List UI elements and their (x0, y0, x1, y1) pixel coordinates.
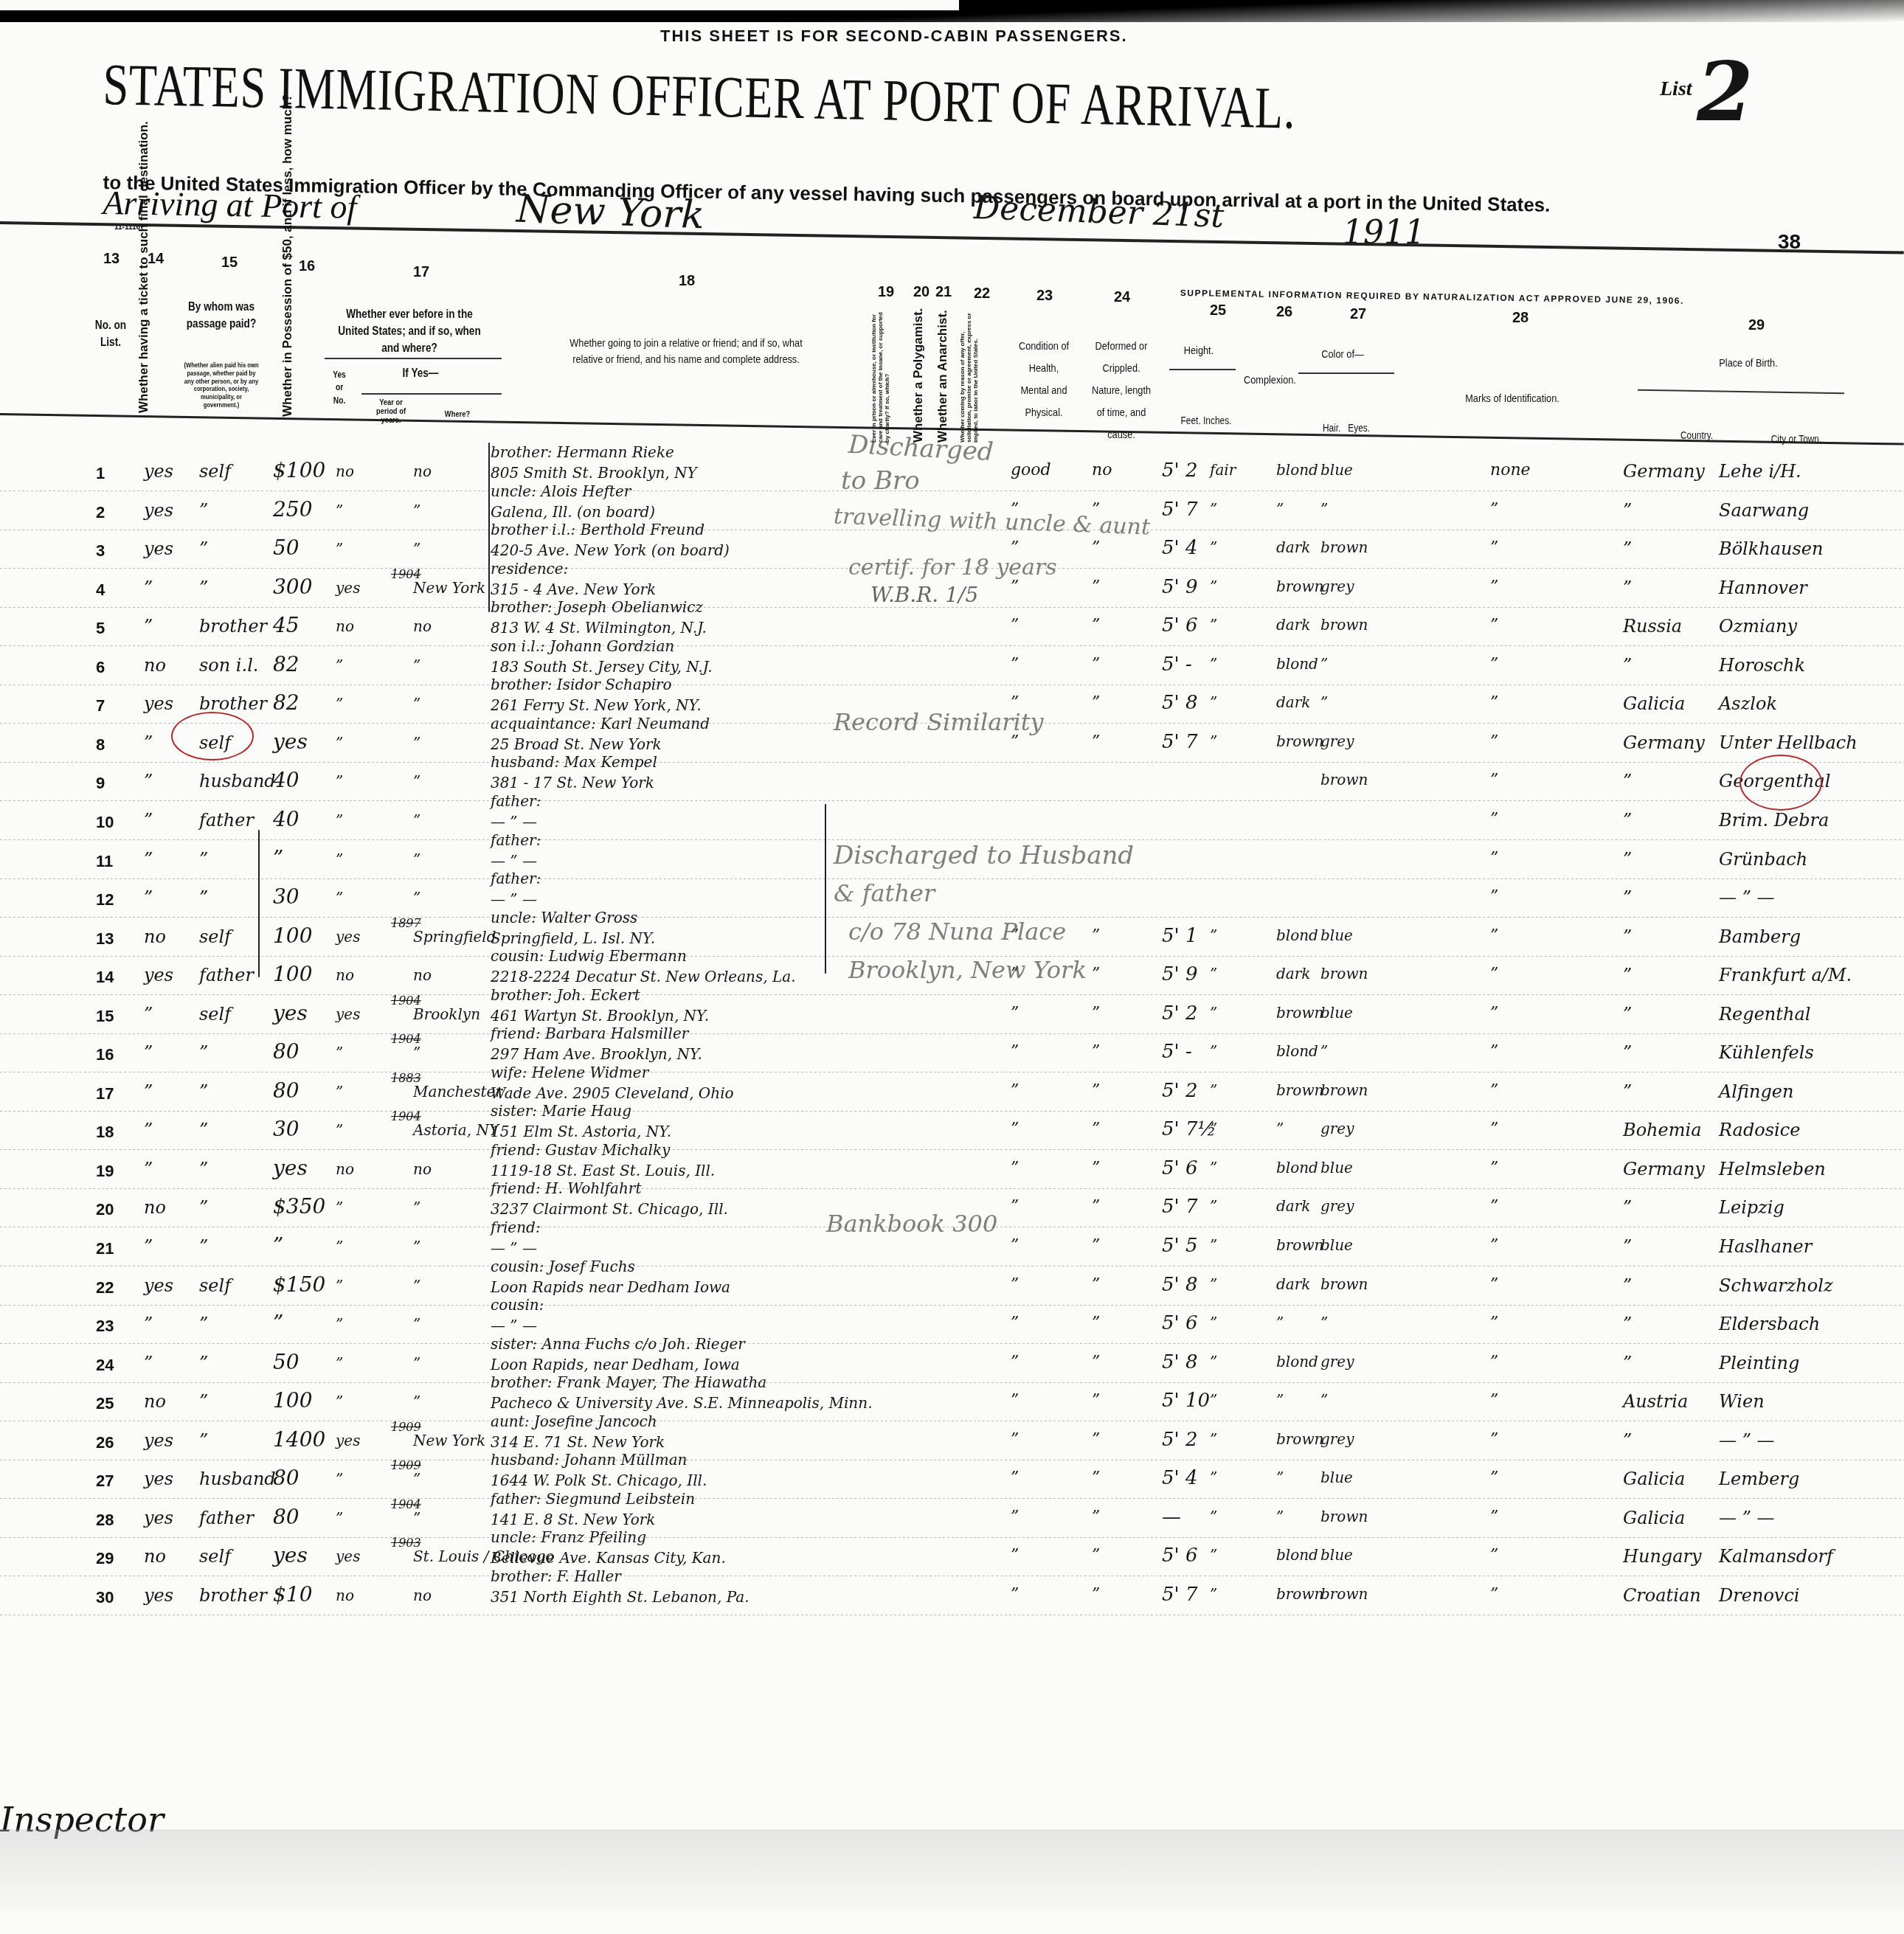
health-value: ” (1011, 1197, 1019, 1216)
complexion-value: ” (1210, 500, 1217, 518)
complexion-value: ” (1210, 1042, 1217, 1060)
hair-label: Hair. (1323, 422, 1340, 434)
col-header-13: No. on List. (92, 317, 130, 351)
ticket-value: ” (144, 1236, 153, 1257)
ticket-value: ” (144, 732, 153, 753)
relative-name: father: Siegmund Leibstein (491, 1490, 695, 1508)
col-num-13: 13 (103, 251, 120, 268)
bracket-rows-1-3 (488, 443, 490, 612)
col-num-26: 26 (1276, 304, 1292, 321)
ticket-value: ” (144, 849, 153, 870)
deformed-value: no (1092, 461, 1112, 479)
money-value: 40 (273, 807, 300, 831)
birth-country-value: ” (1623, 849, 1632, 870)
money-value: 50 (273, 1350, 300, 1374)
marks-value: ” (1490, 965, 1498, 983)
col-header-27: Color of— (1312, 347, 1374, 363)
hair-value: blond (1276, 1159, 1318, 1176)
hair-value: ” (1276, 500, 1284, 518)
bracket-money-9-12 (258, 830, 260, 977)
marks-value: ” (1490, 887, 1498, 906)
health-value: ” (1011, 1391, 1019, 1410)
before-where-value: ” (413, 811, 420, 829)
money-value: yes (273, 1156, 308, 1180)
row-number: 20 (96, 1200, 114, 1219)
ticket-value: no (144, 926, 166, 947)
birth-city-value: — ” — (1719, 887, 1775, 908)
hair-value: blond (1276, 926, 1318, 944)
annotation-father: & father (834, 879, 935, 907)
paid-by-value: ” (199, 1236, 208, 1257)
complexion-value: ” (1210, 538, 1217, 556)
complexion-value: ” (1210, 655, 1217, 673)
row-number: 13 (96, 929, 114, 949)
ticket-value: yes (144, 1430, 173, 1451)
relative-name: brother i.l.: Berthold Freund (491, 521, 705, 538)
birth-city-value: Frankfurt a/M. (1719, 965, 1852, 985)
birth-city-value: Haslhaner (1719, 1236, 1812, 1257)
table-row: 27 yes husband 80 ” 1909 ” husband: Joha… (0, 1461, 1904, 1500)
marks-value: ” (1490, 849, 1498, 867)
relative-address: 261 Ferry St. New York, NY. (491, 696, 702, 714)
hair-value: brown (1276, 1081, 1323, 1099)
before-where-value: ” (413, 850, 420, 868)
eyes-value: grey (1320, 1120, 1354, 1137)
before-in-us-value: ” (336, 1354, 343, 1372)
list-number: 2 (1697, 44, 1754, 139)
height-value: 5' 7 (1162, 499, 1198, 521)
money-value: 1400 (273, 1427, 325, 1452)
col-num-24: 24 (1114, 289, 1130, 306)
before-where-value: New York (413, 579, 485, 597)
paid-by-value: self (199, 1275, 231, 1296)
col-17-divider-2 (361, 393, 502, 395)
col-17-divider (325, 358, 502, 359)
complexion-value: ” (1210, 1469, 1217, 1486)
col-header-17-where: Where? (439, 409, 477, 421)
deformed-value: ” (1092, 1430, 1100, 1449)
relative-name: cousin: Josef Fuchs (491, 1258, 635, 1275)
money-value: 82 (273, 690, 300, 715)
birth-country-value: Russia (1623, 616, 1682, 637)
health-value: ” (1011, 1159, 1019, 1177)
table-row: 25 no ” 100 ” ” brother: Frank Mayer, Th… (0, 1384, 1904, 1422)
ticket-value: ” (144, 616, 153, 637)
money-value: 30 (273, 884, 300, 909)
relative-address: Galena, Ill. (on board) (491, 503, 655, 521)
before-where-value: Astoria, NY (413, 1121, 499, 1139)
paid-by-value: ” (199, 887, 208, 908)
marks-value: ” (1490, 1508, 1498, 1526)
height-value: 5' - (1162, 1041, 1192, 1063)
col-25-divider (1169, 369, 1236, 370)
ticket-value: yes (144, 1585, 173, 1606)
paid-by-value: self (199, 1546, 231, 1567)
paid-by-value: ” (199, 1042, 208, 1063)
paid-by-value: father (199, 1508, 254, 1528)
paid-by-value: self (199, 1004, 231, 1025)
paid-by-value: ” (199, 1353, 208, 1373)
relative-address: — ” — (491, 813, 537, 831)
row-number: 15 (96, 1007, 114, 1026)
row-number: 18 (96, 1123, 114, 1142)
row-number: 7 (96, 696, 105, 715)
col-header-18: Whether going to join a relative or frie… (561, 336, 811, 368)
relative-name: brother: Isidor Schapiro (491, 676, 672, 693)
relative-name: father: (491, 870, 541, 887)
birth-city-value: Wien (1719, 1391, 1765, 1412)
feet-label: Feet. (1181, 415, 1201, 426)
money-value: $350 (273, 1194, 325, 1219)
hair-value: brown (1276, 1004, 1323, 1022)
before-in-us-value: yes (336, 928, 360, 946)
relative-address: 461 Wartyn St. Brooklyn, NY. (491, 1007, 709, 1025)
deformed-value: ” (1092, 1004, 1100, 1022)
relative-address: 351 North Eighth St. Lebanon, Pa. (491, 1588, 750, 1606)
before-in-us-value: ” (336, 1470, 343, 1488)
highlight-circle-paid-by (171, 712, 254, 760)
relative-address: Pacheco & University Ave. S.E. Minneapol… (491, 1394, 873, 1412)
deformed-value: ” (1092, 1236, 1100, 1255)
col-header-25-feet-inches: Feet. Inches. (1171, 413, 1241, 428)
relative-name: uncle: Franz Pfeiling (491, 1528, 646, 1546)
hair-value: brown (1276, 1585, 1323, 1603)
birth-country-value: ” (1623, 578, 1632, 598)
hair-value: ” (1276, 1120, 1284, 1137)
ticket-value: yes (144, 693, 173, 714)
col-num-21: 21 (935, 284, 952, 301)
birth-country-value: Galicia (1623, 693, 1685, 714)
paid-by-value: husband (199, 1469, 276, 1489)
money-value: 80 (273, 1505, 300, 1529)
relative-name: husband: Johann Müllman (491, 1451, 687, 1469)
eyes-value: blue (1320, 1469, 1353, 1486)
hair-value: blond (1276, 1546, 1318, 1564)
table-row: 16 ” ” 80 ” 1904 ” friend: Barbara Halsm… (0, 1035, 1904, 1073)
scan-shadow (0, 1829, 1904, 1910)
ticket-value: ” (144, 1314, 153, 1334)
relative-name: friend: Gustav Michalky (491, 1141, 670, 1159)
height-value: 5' 9 (1162, 963, 1198, 985)
scan-top-margin (0, 0, 959, 10)
eyes-value: grey (1320, 578, 1354, 595)
birth-city-value: Unter Hellbach (1719, 732, 1858, 753)
money-value: 30 (273, 1117, 300, 1141)
eyes-value: grey (1320, 1197, 1354, 1215)
deformed-value: ” (1092, 1081, 1100, 1100)
ticket-value: ” (144, 1081, 153, 1102)
col-num-20: 20 (913, 284, 930, 301)
sheet-note: THIS SHEET IS FOR SECOND-CABIN PASSENGER… (660, 27, 1128, 46)
before-in-us-value: ” (336, 1509, 343, 1527)
table-row: 18 ” ” 30 ” 1904 Astoria, NY sister: Mar… (0, 1112, 1904, 1151)
marks-value: ” (1490, 926, 1498, 945)
col-header-17-ifyes: If Yes— (377, 365, 465, 382)
col-header-20: Whether a Polygamist. (911, 325, 926, 443)
eyes-value: grey (1320, 1353, 1354, 1370)
col-27-divider (1298, 372, 1394, 374)
before-in-us-value: ” (336, 811, 343, 829)
before-where-value: New York (413, 1432, 485, 1449)
paid-by-value: brother (199, 616, 267, 637)
health-value: ” (1011, 655, 1019, 673)
deformed-value: ” (1092, 1508, 1100, 1526)
marks-value: ” (1490, 500, 1498, 519)
money-value: 250 (273, 497, 312, 521)
money-value: 80 (273, 1078, 300, 1103)
height-value: 5' 6 (1162, 1312, 1198, 1334)
height-value: 5' 7 (1162, 1584, 1198, 1606)
relative-name: residence: (491, 560, 568, 578)
table-row: 15 ” self yes yes 1904 Brooklyn brother:… (0, 997, 1904, 1035)
marks-value: ” (1490, 1353, 1498, 1371)
hair-value: dark (1276, 616, 1310, 634)
height-value: 5' 4 (1162, 1467, 1198, 1489)
deformed-value: ” (1092, 1120, 1100, 1138)
before-in-us-value: ” (336, 772, 343, 790)
hair-value: blond (1276, 655, 1318, 673)
deformed-value: ” (1092, 655, 1100, 673)
ticket-value: yes (144, 1469, 173, 1489)
table-row: 5 ” brother 45 no no brother: Joseph Obe… (0, 609, 1904, 647)
health-value: ” (1011, 1081, 1019, 1100)
row-number: 14 (96, 968, 114, 987)
money-value: $10 (273, 1582, 312, 1607)
row-number: 23 (96, 1317, 114, 1336)
col-header-17-yesno: Yes or No. (330, 369, 349, 407)
row-number: 22 (96, 1278, 114, 1297)
row-number: 16 (96, 1045, 114, 1064)
relative-address: 1644 W. Polk St. Chicago, Ill. (491, 1472, 707, 1489)
relative-address: Loon Rapids near Dedham Iowa (491, 1278, 730, 1296)
paid-by-value: father (199, 810, 254, 831)
birth-country-value: ” (1623, 655, 1632, 676)
money-value: ” (273, 846, 283, 870)
col-header-19: Ever in prison or almshouse, or institut… (870, 306, 897, 443)
deformed-value: ” (1092, 616, 1100, 634)
relative-address: 813 W. 4 St. Wilmington, N.J. (491, 619, 707, 637)
birth-city-value: Ozmiany (1719, 616, 1797, 637)
col-num-27: 27 (1350, 306, 1366, 323)
birth-country-value: Germany (1623, 1159, 1705, 1179)
paid-by-value: ” (199, 1314, 208, 1334)
table-row: 6 no son i.l. 82 ” ” son i.l.: Johann Go… (0, 648, 1904, 686)
height-value: 5' 7½ (1162, 1118, 1216, 1140)
ticket-value: yes (144, 1508, 173, 1528)
height-value: — (1162, 1506, 1181, 1528)
height-value: 5' 5 (1162, 1235, 1198, 1257)
before-in-us-value: no (336, 966, 354, 984)
ticket-value: ” (144, 1353, 153, 1373)
health-value: ” (1011, 1120, 1019, 1138)
before-where-value: Brooklyn (413, 1005, 480, 1023)
annotation-wbr: W.B.R. 1/5 (870, 583, 978, 607)
eyes-value: brown (1320, 1585, 1368, 1603)
birth-city-value: Bölkhausen (1719, 538, 1824, 559)
relative-address: 151 Elm St. Astoria, NY. (491, 1123, 671, 1140)
marks-value: ” (1490, 655, 1498, 673)
complexion-value: ” (1210, 616, 1217, 634)
height-value: 5' 2 (1162, 460, 1198, 482)
height-value: 5' 6 (1162, 614, 1198, 637)
health-value: ” (1011, 1585, 1019, 1604)
bracket-rows-9-12 (825, 804, 826, 974)
relative-name: friend: Barbara Halsmiller (491, 1025, 688, 1042)
paid-by-value: ” (199, 1391, 208, 1412)
col-header-22: Whether coming by reason of any offer, s… (959, 310, 989, 443)
before-where-value: ” (413, 656, 420, 674)
before-in-us-value: ” (336, 1315, 343, 1333)
row-number: 1 (96, 464, 105, 483)
deformed-value: ” (1092, 926, 1100, 945)
before-in-us-value: ” (336, 1121, 343, 1139)
money-value: 100 (273, 962, 312, 986)
col-header-24: Deformed or Crippled. Nature, length of … (1090, 336, 1153, 446)
relative-address: — ” — (491, 890, 537, 908)
row-number: 9 (96, 774, 105, 793)
ticket-value: ” (144, 810, 153, 831)
birth-city-value: Lemberg (1719, 1469, 1799, 1489)
ticket-value: yes (144, 461, 173, 482)
birth-country-value: Galicia (1623, 1508, 1685, 1528)
birth-country-value: ” (1623, 965, 1632, 985)
table-row: 26 yes ” 1400 yes 1909 New York aunt: Jo… (0, 1423, 1904, 1461)
row-number: 4 (96, 580, 105, 600)
birth-country-value: Croatian (1623, 1585, 1701, 1606)
complexion-value: ” (1210, 1391, 1217, 1409)
eyes-value: ” (1320, 500, 1328, 518)
birth-city-value: Helmsleben (1719, 1159, 1826, 1179)
health-value: ” (1011, 1042, 1019, 1061)
eyes-value: ” (1320, 1391, 1328, 1409)
eyes-value: blue (1320, 1159, 1353, 1176)
ticket-value: ” (144, 578, 153, 598)
row-number: 24 (96, 1356, 114, 1375)
birth-city-value: — ” — (1719, 1430, 1775, 1451)
relative-address: Wade Ave. 2905 Cleveland, Ohio (491, 1084, 734, 1102)
hair-value: blond (1276, 461, 1318, 479)
health-value: ” (1011, 1546, 1019, 1564)
relative-address: 315 - 4 Ave. New York (491, 580, 656, 598)
table-row: 9 ” husband 40 ” ” husband: Max Kempel 3… (0, 763, 1904, 802)
eyes-value: brown (1320, 1508, 1368, 1525)
col-header-15-note: (Whether alien paid his own passage, whe… (184, 361, 259, 409)
before-in-us-value: no (336, 1587, 354, 1604)
health-value: ” (1011, 1236, 1019, 1255)
relative-name: brother: Joseph Obelianwicz (491, 598, 703, 616)
birth-city-value: Bamberg (1719, 926, 1801, 947)
complexion-value: ” (1210, 693, 1217, 711)
hair-value: brown (1276, 732, 1323, 750)
birth-country-value: ” (1623, 810, 1632, 831)
annotation-record: Record Similarity (834, 708, 1044, 736)
eyes-value: blue (1320, 1546, 1353, 1564)
health-value: ” (1011, 1004, 1019, 1022)
col-num-15: 15 (221, 254, 238, 271)
deformed-value: ” (1092, 732, 1100, 751)
birth-city-value: Brim. Debra (1719, 810, 1829, 831)
marks-value: ” (1490, 538, 1498, 557)
inches-label: Inches. (1203, 415, 1231, 426)
birth-country-value: Austria (1623, 1391, 1688, 1412)
birth-city-value: Pleinting (1719, 1353, 1799, 1373)
hair-value: ” (1276, 1508, 1284, 1525)
table-row: 30 yes brother $10 no no brother: F. Hal… (0, 1578, 1904, 1616)
ticket-value: yes (144, 538, 173, 559)
birth-country-value: Germany (1623, 461, 1705, 482)
table-row: 29 no self yes yes 1903 St. Louis / Chic… (0, 1539, 1904, 1577)
paid-by-value: ” (199, 538, 208, 559)
eyes-value: grey (1320, 1430, 1354, 1448)
col-header-16: Whether in Possession of $50, and if les… (280, 284, 295, 417)
before-where-value: ” (413, 695, 420, 713)
height-value: 5' 9 (1162, 576, 1198, 598)
relative-name: friend: H. Wohlfahrt (491, 1179, 641, 1197)
before-in-us-value: ” (336, 1199, 343, 1216)
money-value: 40 (273, 768, 300, 792)
birth-country-value: ” (1623, 1042, 1632, 1063)
complexion-value: ” (1210, 1546, 1217, 1564)
before-in-us-value: ” (336, 850, 343, 868)
marks-value: ” (1490, 1042, 1498, 1061)
before-in-us-value: ” (336, 1277, 343, 1294)
paid-by-value: husband (199, 771, 276, 791)
col-header-21: Whether an Anarchist. (935, 325, 950, 443)
relative-address: 314 E. 71 St. New York (491, 1433, 665, 1451)
marks-value: none (1490, 461, 1531, 479)
relative-address: 2218-2224 Decatur St. New Orleans, La. (491, 968, 796, 985)
money-value: 82 (273, 652, 300, 676)
height-value: 5' 10 (1162, 1390, 1210, 1412)
deformed-value: ” (1092, 1159, 1100, 1177)
marks-value: ” (1490, 1469, 1498, 1487)
marks-value: ” (1490, 1430, 1498, 1449)
deformed-value: ” (1092, 1197, 1100, 1216)
paid-by-value: ” (199, 1120, 208, 1140)
relative-name: cousin: Ludwig Ebermann (491, 947, 687, 965)
money-value: $150 (273, 1272, 325, 1297)
birth-country-value: Bohemia (1623, 1120, 1702, 1140)
ticket-value: no (144, 1197, 166, 1218)
before-in-us-value: ” (336, 502, 343, 519)
money-value: ” (273, 1233, 283, 1258)
money-value: yes (273, 1001, 308, 1025)
marks-value: ” (1490, 732, 1498, 751)
birth-country-value: ” (1623, 1081, 1632, 1102)
before-where-value: ” (413, 889, 420, 907)
complexion-value: ” (1210, 1585, 1217, 1603)
marks-value: ” (1490, 810, 1498, 828)
relative-name: friend: (491, 1219, 541, 1236)
before-where-value: ” (413, 1354, 420, 1372)
before-where-value: no (413, 1160, 432, 1178)
deformed-value: ” (1092, 1546, 1100, 1564)
height-value: 5' 2 (1162, 1080, 1198, 1102)
col-num-17: 17 (413, 264, 429, 281)
birth-city-value: Schwarzholz (1719, 1275, 1833, 1296)
before-where-value: no (413, 1587, 432, 1604)
before-in-us-value: no (336, 1160, 354, 1178)
paid-by-value: ” (199, 578, 208, 598)
birth-city-value: — ” — (1719, 1508, 1775, 1528)
complexion-value: ” (1210, 1120, 1217, 1137)
relative-address: 183 South St. Jersey City, N.J. (491, 658, 713, 676)
deformed-value: ” (1092, 1469, 1100, 1487)
eyes-value: ” (1320, 1042, 1328, 1060)
deformed-value: ” (1092, 1042, 1100, 1061)
hair-value: dark (1276, 965, 1310, 982)
relative-name: cousin: (491, 1296, 544, 1314)
